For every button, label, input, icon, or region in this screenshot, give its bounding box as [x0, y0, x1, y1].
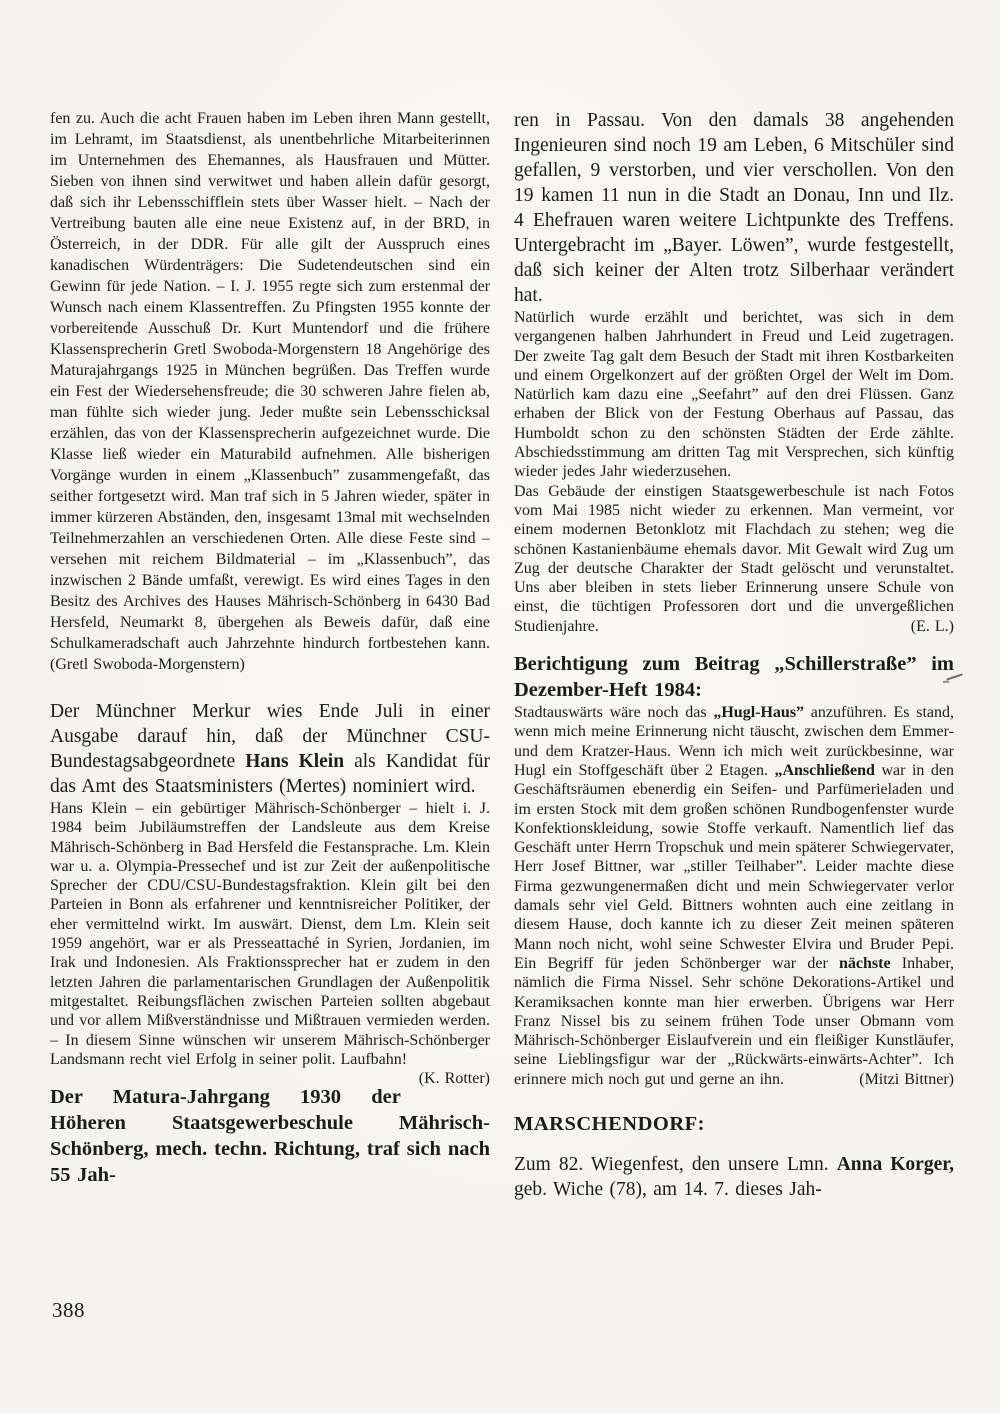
bold-text-run: Berichtigung zum Beitrag „Schillerstraße…: [514, 653, 954, 701]
schulgebaeude-paragraph: Das Gebäude der einstigen Staatsgewerbes…: [514, 482, 954, 636]
two-column-layout: fen zu. Auch die acht Frauen haben im Le…: [50, 108, 955, 1202]
text-run: Natürlich wurde erzählt und berichtet, w…: [514, 309, 954, 480]
text-run: geb. Wiche (78), am 14. 7. dieses Jah-: [514, 1179, 822, 1200]
right-column: ren in Passau. Von den damals 38 angehen…: [514, 108, 954, 1202]
hans-klein-biography-paragraph: Hans Klein – ein gebürtiger Mährisch-Sch…: [50, 799, 490, 1069]
scanned-document-page: fen zu. Auch die acht Frauen haben im Le…: [0, 0, 1000, 1413]
bold-text-run: Hans Klein: [245, 751, 344, 772]
bold-text-run: Anna Korger,: [837, 1154, 954, 1175]
text-run: Inhaber, nämlich die Firma Nissel. Sehr …: [514, 955, 954, 1088]
marschendorf-heading: MARSCHENDORF:: [514, 1111, 954, 1137]
bold-text-run: MARSCHENDORF:: [514, 1113, 705, 1135]
continuation-paragraph: fen zu. Auch die acht Frauen haben im Le…: [50, 108, 490, 675]
bold-text-run: nächste: [839, 955, 891, 972]
left-column: fen zu. Auch die acht Frauen haben im Le…: [50, 108, 490, 1202]
signature: (K. Rotter): [401, 1069, 490, 1088]
wiegenfest-paragraph: Zum 82. Wiegenfest, den unsere Lmn. Anna…: [514, 1152, 954, 1202]
stadtbesuch-paragraph: Natürlich wurde erzählt und berichtet, w…: [514, 308, 954, 482]
merkur-announcement-paragraph: Der Münchner Merkur wies Ende Juli in ei…: [50, 699, 490, 799]
signature: (Mitzi Bittner): [841, 1070, 954, 1089]
hugl-haus-paragraph: Stadtauswärts wäre noch das „Hugl-Haus” …: [514, 703, 954, 1089]
berichtigung-heading: Berichtigung zum Beitrag „Schillerstraße…: [514, 651, 954, 703]
page-number: 388: [52, 1298, 85, 1323]
text-run: Das Gebäude der einstigen Staatsgewerbes…: [514, 483, 954, 635]
bold-text-run: „Hugl-Haus”: [713, 704, 804, 721]
matura-jahrgang-heading: Der Matura-Jahrgang 1930 der Höheren Sta…: [50, 1084, 490, 1188]
text-run: war in den Geschäftsräumen ebenerdig ein…: [514, 762, 954, 972]
text-run: Zum 82. Wiegenfest, den unsere Lmn.: [514, 1154, 837, 1175]
text-run: Stadtauswärts wäre noch das: [514, 704, 713, 721]
text-run: ren in Passau. Von den damals 38 angehen…: [514, 110, 954, 306]
text-run: fen zu. Auch die acht Frauen haben im Le…: [50, 110, 490, 673]
text-run: Hans Klein – ein gebürtiger Mährisch-Sch…: [50, 800, 490, 1068]
signature: (E. L.): [893, 617, 954, 636]
passau-treffen-paragraph: ren in Passau. Von den damals 38 angehen…: [514, 108, 954, 308]
bold-text-run: „Anschließend: [774, 762, 874, 779]
